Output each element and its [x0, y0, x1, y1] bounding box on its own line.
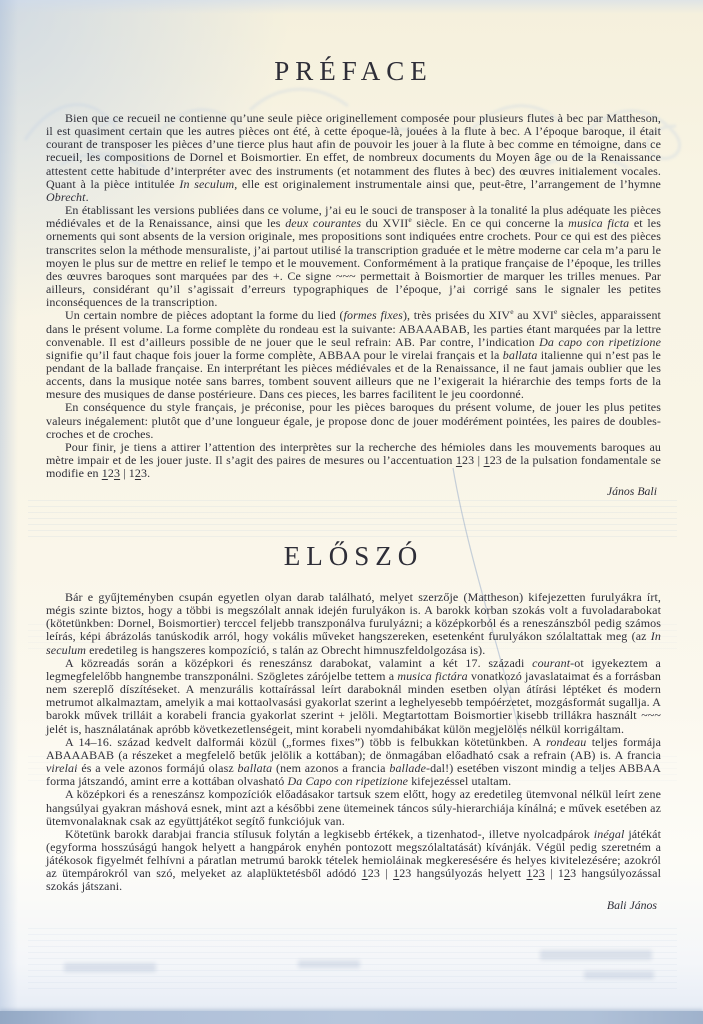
- preface-title: PRÉFACE: [46, 55, 661, 87]
- bleedthrough-smudge: [584, 971, 654, 979]
- fr-paragraph-2: En établissant les versions publiées dan…: [46, 204, 661, 309]
- scan-left-shadow: [0, 0, 18, 1011]
- preface-section-french: PRÉFACE Bien que ce recueil ne contienne…: [46, 55, 661, 499]
- hu-paragraph-3: A 14–16. század kedvelt dalformái közül …: [46, 736, 661, 789]
- staff-lines-bleedthrough: [28, 928, 677, 990]
- fr-paragraph-1: Bien que ce recueil ne contienne qu’une …: [46, 112, 661, 204]
- preface-section-hungarian: ELŐSZÓ Bár e gyűjteményben csupán egyetl…: [46, 540, 661, 913]
- staff-lines-bleedthrough: [28, 500, 677, 542]
- hu-paragraph-2: A közreadás során a középkori és reneszá…: [46, 657, 661, 736]
- hu-paragraph-5: Kötetünk barokk darabjai francia stílusu…: [46, 828, 661, 894]
- scan-top-shadow: [0, 0, 703, 14]
- hu-paragraph-4: A középkori és a reneszánsz kompozíciók …: [46, 788, 661, 827]
- signature-janos-bali: János Bali: [46, 484, 661, 499]
- bleedthrough-smudge: [64, 963, 156, 972]
- scan-bottom-edge: [0, 1011, 703, 1024]
- fr-paragraph-5: Pour finir, je tiens a attirer l’attenti…: [46, 441, 661, 480]
- preface-body-hungarian: Bár e gyűjteményben csupán egyetlen olya…: [46, 591, 661, 894]
- hu-paragraph-1: Bár e gyűjteményben csupán egyetlen olya…: [46, 591, 661, 657]
- fr-paragraph-3: Un certain nombre de pièces adoptant la …: [46, 309, 661, 401]
- eloszo-title: ELŐSZÓ: [46, 540, 661, 572]
- bleedthrough-smudge: [298, 960, 360, 968]
- signature-bali-janos: Bali János: [46, 898, 661, 913]
- preface-body-french: Bien que ce recueil ne contienne qu’une …: [46, 112, 661, 480]
- bleedthrough-smudge: [540, 950, 652, 960]
- scanned-preface-page: PRÉFACE Bien que ce recueil ne contienne…: [0, 0, 703, 1024]
- fr-paragraph-4: En conséquence du style français, je pré…: [46, 401, 661, 440]
